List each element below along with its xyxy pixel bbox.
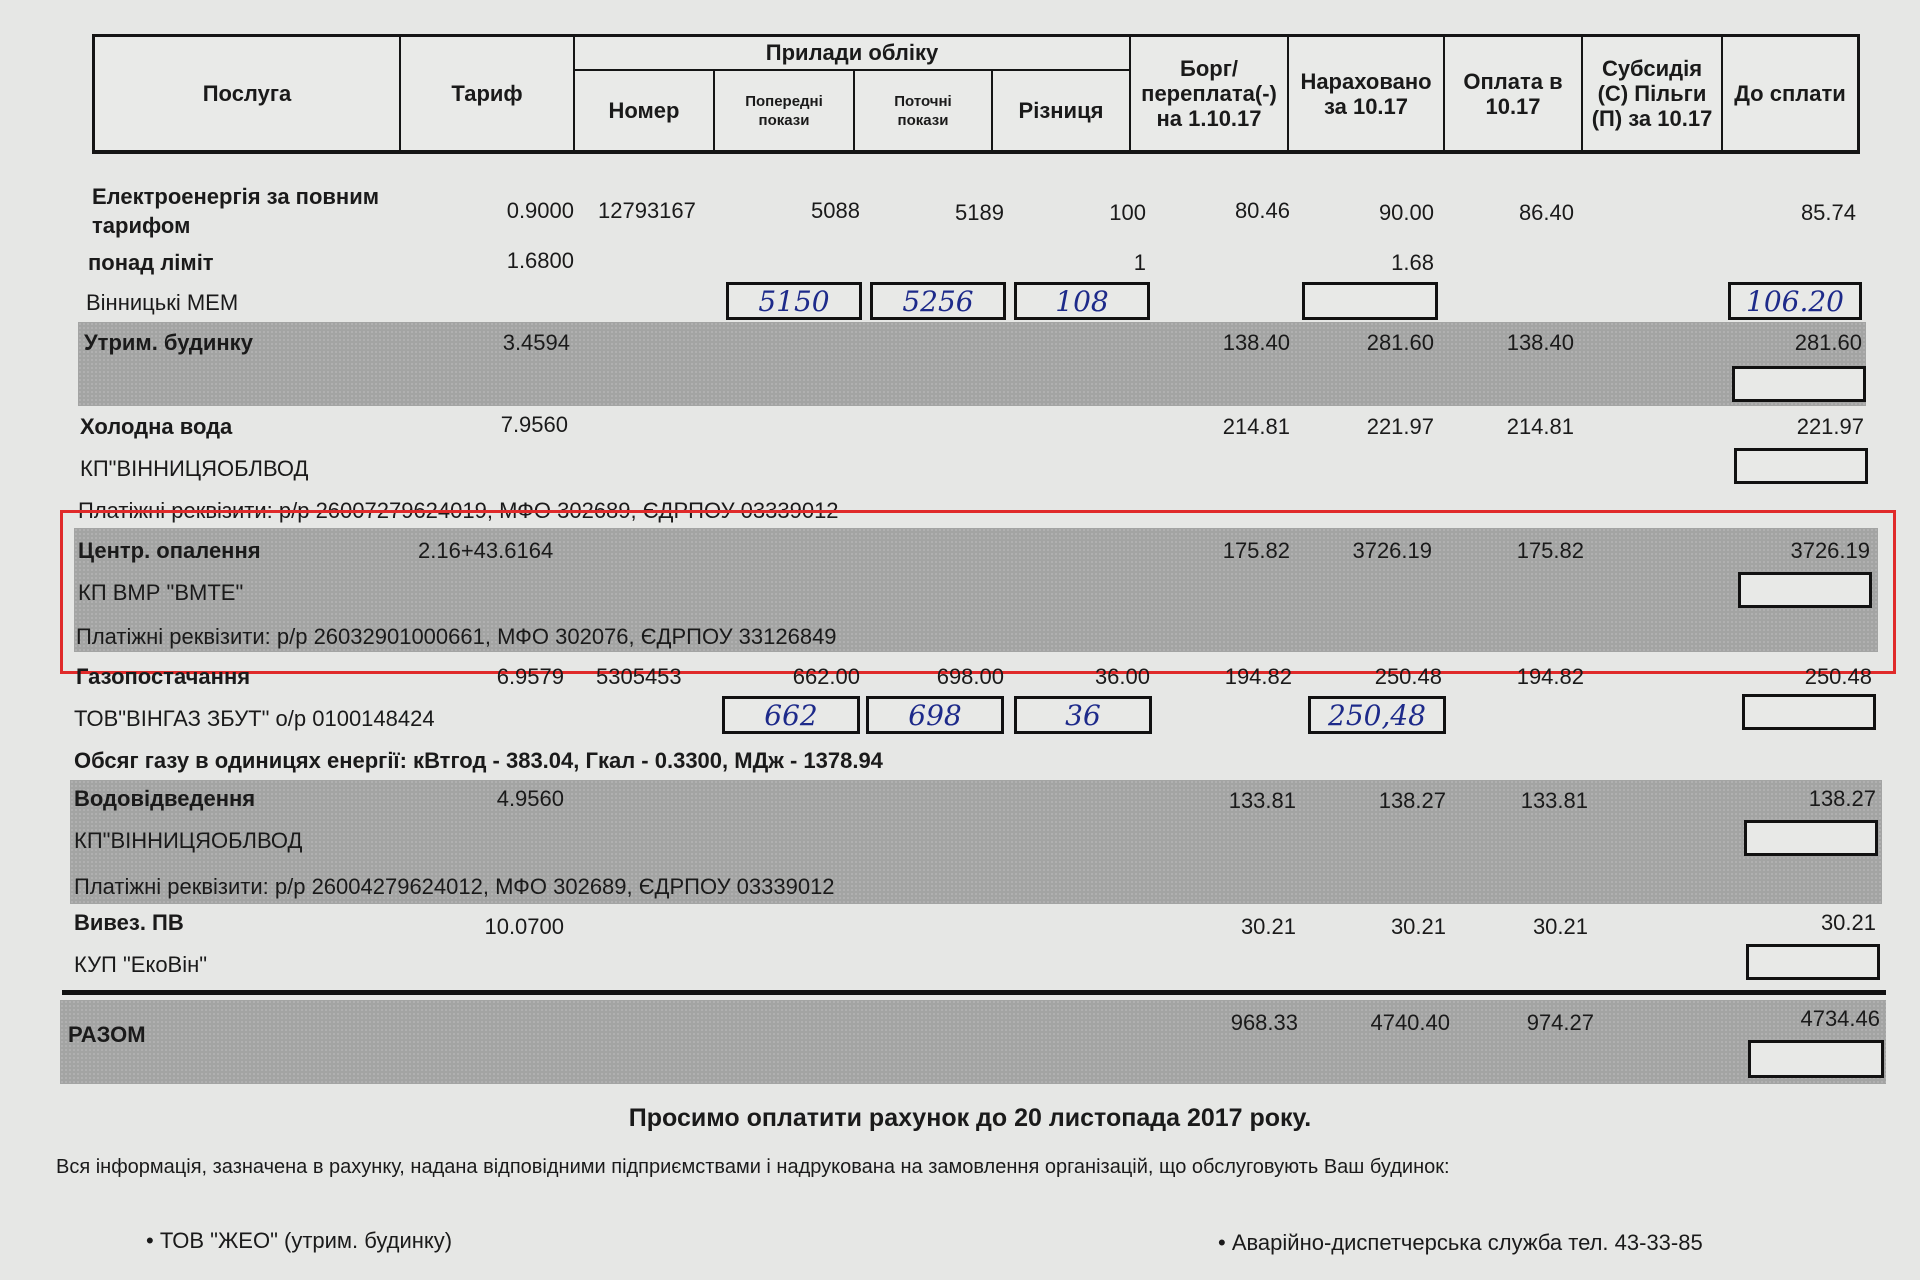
accrued: 221.97 [1330, 414, 1434, 440]
debt: 138.40 [1180, 330, 1290, 356]
to-pay: 85.74 [1760, 200, 1856, 226]
accrued: 30.21 [1334, 914, 1446, 940]
over-limit-accrued: 1.68 [1330, 250, 1434, 276]
col-difference: Різниця [993, 71, 1129, 150]
paid: 194.82 [1480, 664, 1584, 690]
debt: 133.81 [1184, 788, 1296, 814]
total-divider [62, 990, 1886, 995]
provider: КУП "ЕкоВін" [74, 952, 207, 978]
input-previous-reading[interactable]: 662 [722, 696, 860, 734]
input-to-pay[interactable] [1732, 366, 1866, 402]
service-name: Газопостачання [76, 664, 250, 690]
service-name: Утрим. будинку [84, 330, 253, 356]
input-to-pay[interactable]: 106.20 [1728, 282, 1862, 320]
difference: 100 [1046, 200, 1146, 226]
service-name: Холодна вода [80, 414, 232, 440]
paid: 86.40 [1470, 200, 1574, 226]
to-pay: 221.97 [1760, 414, 1864, 440]
input-difference[interactable]: 36 [1014, 696, 1152, 734]
provider: ТОВ"ВІНГАЗ ЗБУТ" о/р 0100148424 [74, 706, 435, 732]
accrued: 281.60 [1330, 330, 1434, 356]
input-accrued[interactable] [1302, 282, 1438, 320]
col-tariff: Тариф [401, 37, 575, 150]
info-text: Вся інформація, зазначена в рахунку, над… [56, 1156, 1450, 1179]
tariff: 10.0700 [460, 914, 564, 940]
tariff: 0.9000 [470, 198, 574, 224]
col-service: Послуга [95, 37, 401, 150]
debt: 214.81 [1180, 414, 1290, 440]
service-name: Водовідведення [74, 786, 255, 812]
col-debt: Борг/ переплата(-) на 1.10.17 [1131, 37, 1289, 150]
col-paid: Оплата в 10.17 [1445, 37, 1583, 150]
gas-energy-note: Обсяг газу в одиницях енергії: кВтгод - … [74, 748, 883, 774]
provider: КП"ВІННИЦЯОБЛВОД [74, 828, 302, 854]
input-accrued[interactable]: 250,48 [1308, 696, 1446, 734]
debt: 30.21 [1184, 914, 1296, 940]
paid: 30.21 [1484, 914, 1588, 940]
service-name: Вивез. ПВ [74, 910, 184, 936]
previous-reading: 5088 [760, 198, 860, 224]
current-reading: 698.00 [900, 664, 1004, 690]
tariff: 6.9579 [460, 664, 564, 690]
input-current-reading[interactable]: 698 [866, 696, 1004, 734]
to-pay: 138.27 [1764, 786, 1876, 812]
input-total-to-pay[interactable] [1748, 1040, 1884, 1078]
total-accrued: 4740.40 [1320, 1010, 1450, 1036]
total-paid: 974.27 [1484, 1010, 1594, 1036]
provider: Вінницькі МЕМ [86, 290, 238, 316]
debt: 194.82 [1180, 664, 1292, 690]
total-debt: 968.33 [1184, 1010, 1298, 1036]
table-header: Послуга Тариф Прилади обліку Номер Попер… [92, 34, 1860, 154]
current-reading: 5189 [900, 200, 1004, 226]
input-previous-reading[interactable]: 5150 [726, 282, 862, 320]
over-limit-difference: 1 [1046, 250, 1146, 276]
difference: 36.00 [1046, 664, 1150, 690]
over-limit-tariff: 1.6800 [470, 248, 574, 274]
tariff: 3.4594 [466, 330, 570, 356]
to-pay: 30.21 [1764, 910, 1876, 936]
paid: 138.40 [1470, 330, 1574, 356]
paid: 214.81 [1470, 414, 1574, 440]
accrued: 138.27 [1334, 788, 1446, 814]
input-current-reading[interactable]: 5256 [870, 282, 1006, 320]
total-to-pay: 4734.46 [1746, 1006, 1880, 1032]
highlight-annotation [60, 510, 1896, 674]
row-band-total [60, 1000, 1886, 1084]
meters-group-title: Прилади обліку [575, 37, 1129, 71]
col-previous-reading: Попередні покази [715, 71, 855, 150]
input-to-pay[interactable] [1734, 448, 1868, 484]
previous-reading: 662.00 [760, 664, 860, 690]
to-pay: 250.48 [1760, 664, 1872, 690]
payment-deadline: Просимо оплатити рахунок до 20 листопада… [0, 1104, 1920, 1133]
col-current-reading: Поточні покази [855, 71, 993, 150]
tariff: 7.9560 [464, 412, 568, 438]
col-to-pay: До сплати [1723, 37, 1857, 150]
org-housing: • ТОВ "ЖЕО" (утрим. будинку) [146, 1228, 452, 1254]
payment-requisites: Платіжні реквізити: р/р 26004279624012, … [74, 874, 835, 900]
meter-number: 12793167 [598, 198, 696, 224]
col-meter-number: Номер [575, 71, 715, 150]
col-accrued: Нараховано за 10.17 [1289, 37, 1445, 150]
meter-number: 5305453 [596, 664, 682, 690]
input-to-pay[interactable] [1744, 820, 1878, 856]
input-to-pay[interactable] [1746, 944, 1880, 980]
col-meters-group: Прилади обліку Номер Попередні покази По… [575, 37, 1131, 150]
to-pay: 281.60 [1760, 330, 1862, 356]
total-label: РАЗОМ [68, 1022, 146, 1048]
paid: 133.81 [1484, 788, 1588, 814]
service-name: Електроенергія за повнимтарифом [92, 182, 379, 240]
debt: 80.46 [1180, 198, 1290, 224]
accrued: 250.48 [1330, 664, 1442, 690]
org-emergency: • Аварійно-диспетчерська служба тел. 43-… [1218, 1230, 1703, 1256]
provider: КП"ВІННИЦЯОБЛВОД [80, 456, 308, 482]
input-to-pay[interactable] [1742, 694, 1876, 730]
col-subsidy: Субсидія (С) Пільги (П) за 10.17 [1583, 37, 1723, 150]
input-difference[interactable]: 108 [1014, 282, 1150, 320]
accrued: 90.00 [1330, 200, 1434, 226]
over-limit-label: понад ліміт [88, 250, 214, 276]
tariff: 4.9560 [460, 786, 564, 812]
row-band-maintenance [78, 322, 1866, 406]
